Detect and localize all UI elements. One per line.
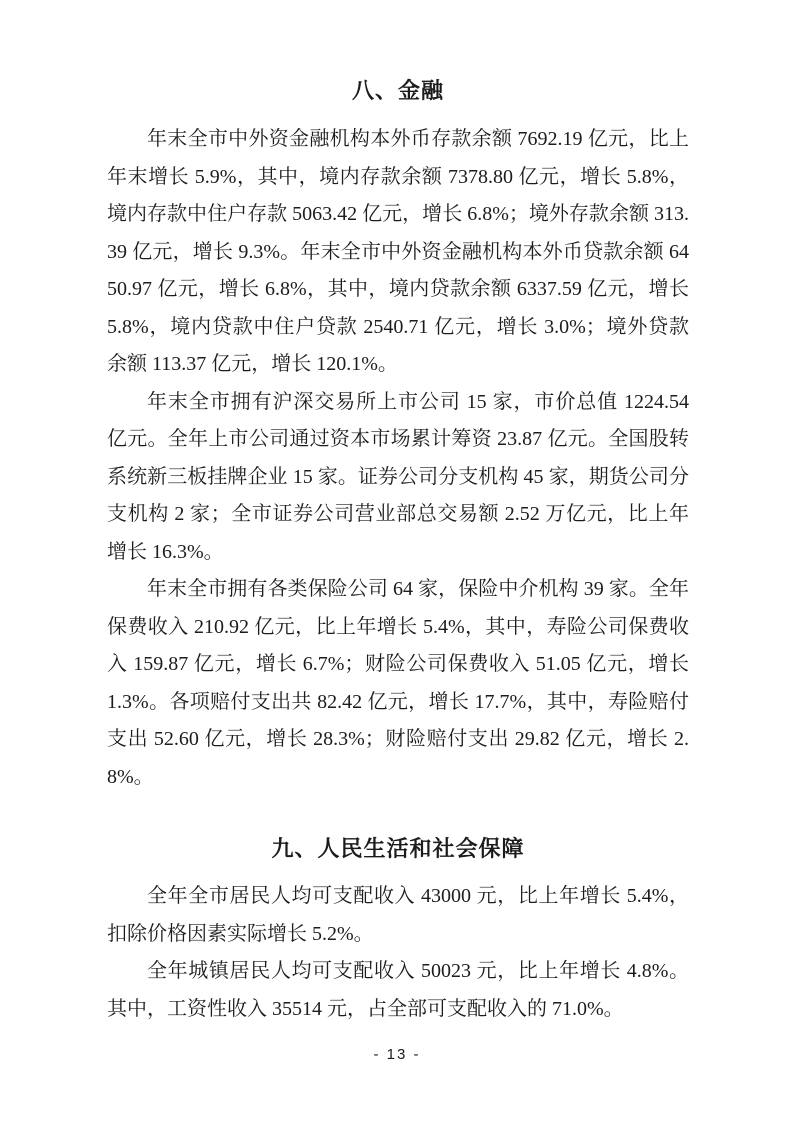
section-heading-finance: 八、金融 [107,76,689,106]
paragraph-deposits-loans: 年末全市中外资金融机构本外币存款余额 7692.19 亿元，比上年末增长 5.9… [107,121,689,384]
paragraph-insurance: 年末全市拥有各类保险公司 64 家，保险中介机构 39 家。全年保费收入 210… [107,571,689,796]
page-content: 八、金融 年末全市中外资金融机构本外币存款余额 7692.19 亿元，比上年末增… [107,0,689,1028]
page-number: - 13 - [0,1046,794,1063]
paragraph-urban-income: 全年城镇居民人均可支配收入 50023 元，比上年增长 4.8%。其中，工资性收… [107,953,689,1028]
document-page: 八、金融 年末全市中外资金融机构本外币存款余额 7692.19 亿元，比上年末增… [0,0,794,1123]
section-heading-livelihood: 九、人民生活和社会保障 [107,834,689,864]
paragraph-resident-income: 全年全市居民人均可支配收入 43000 元，比上年增长 5.4%，扣除价格因素实… [107,878,689,953]
paragraph-listed-companies-securities: 年末全市拥有沪深交易所上市公司 15 家，市价总值 1224.54 亿元。全年上… [107,384,689,572]
